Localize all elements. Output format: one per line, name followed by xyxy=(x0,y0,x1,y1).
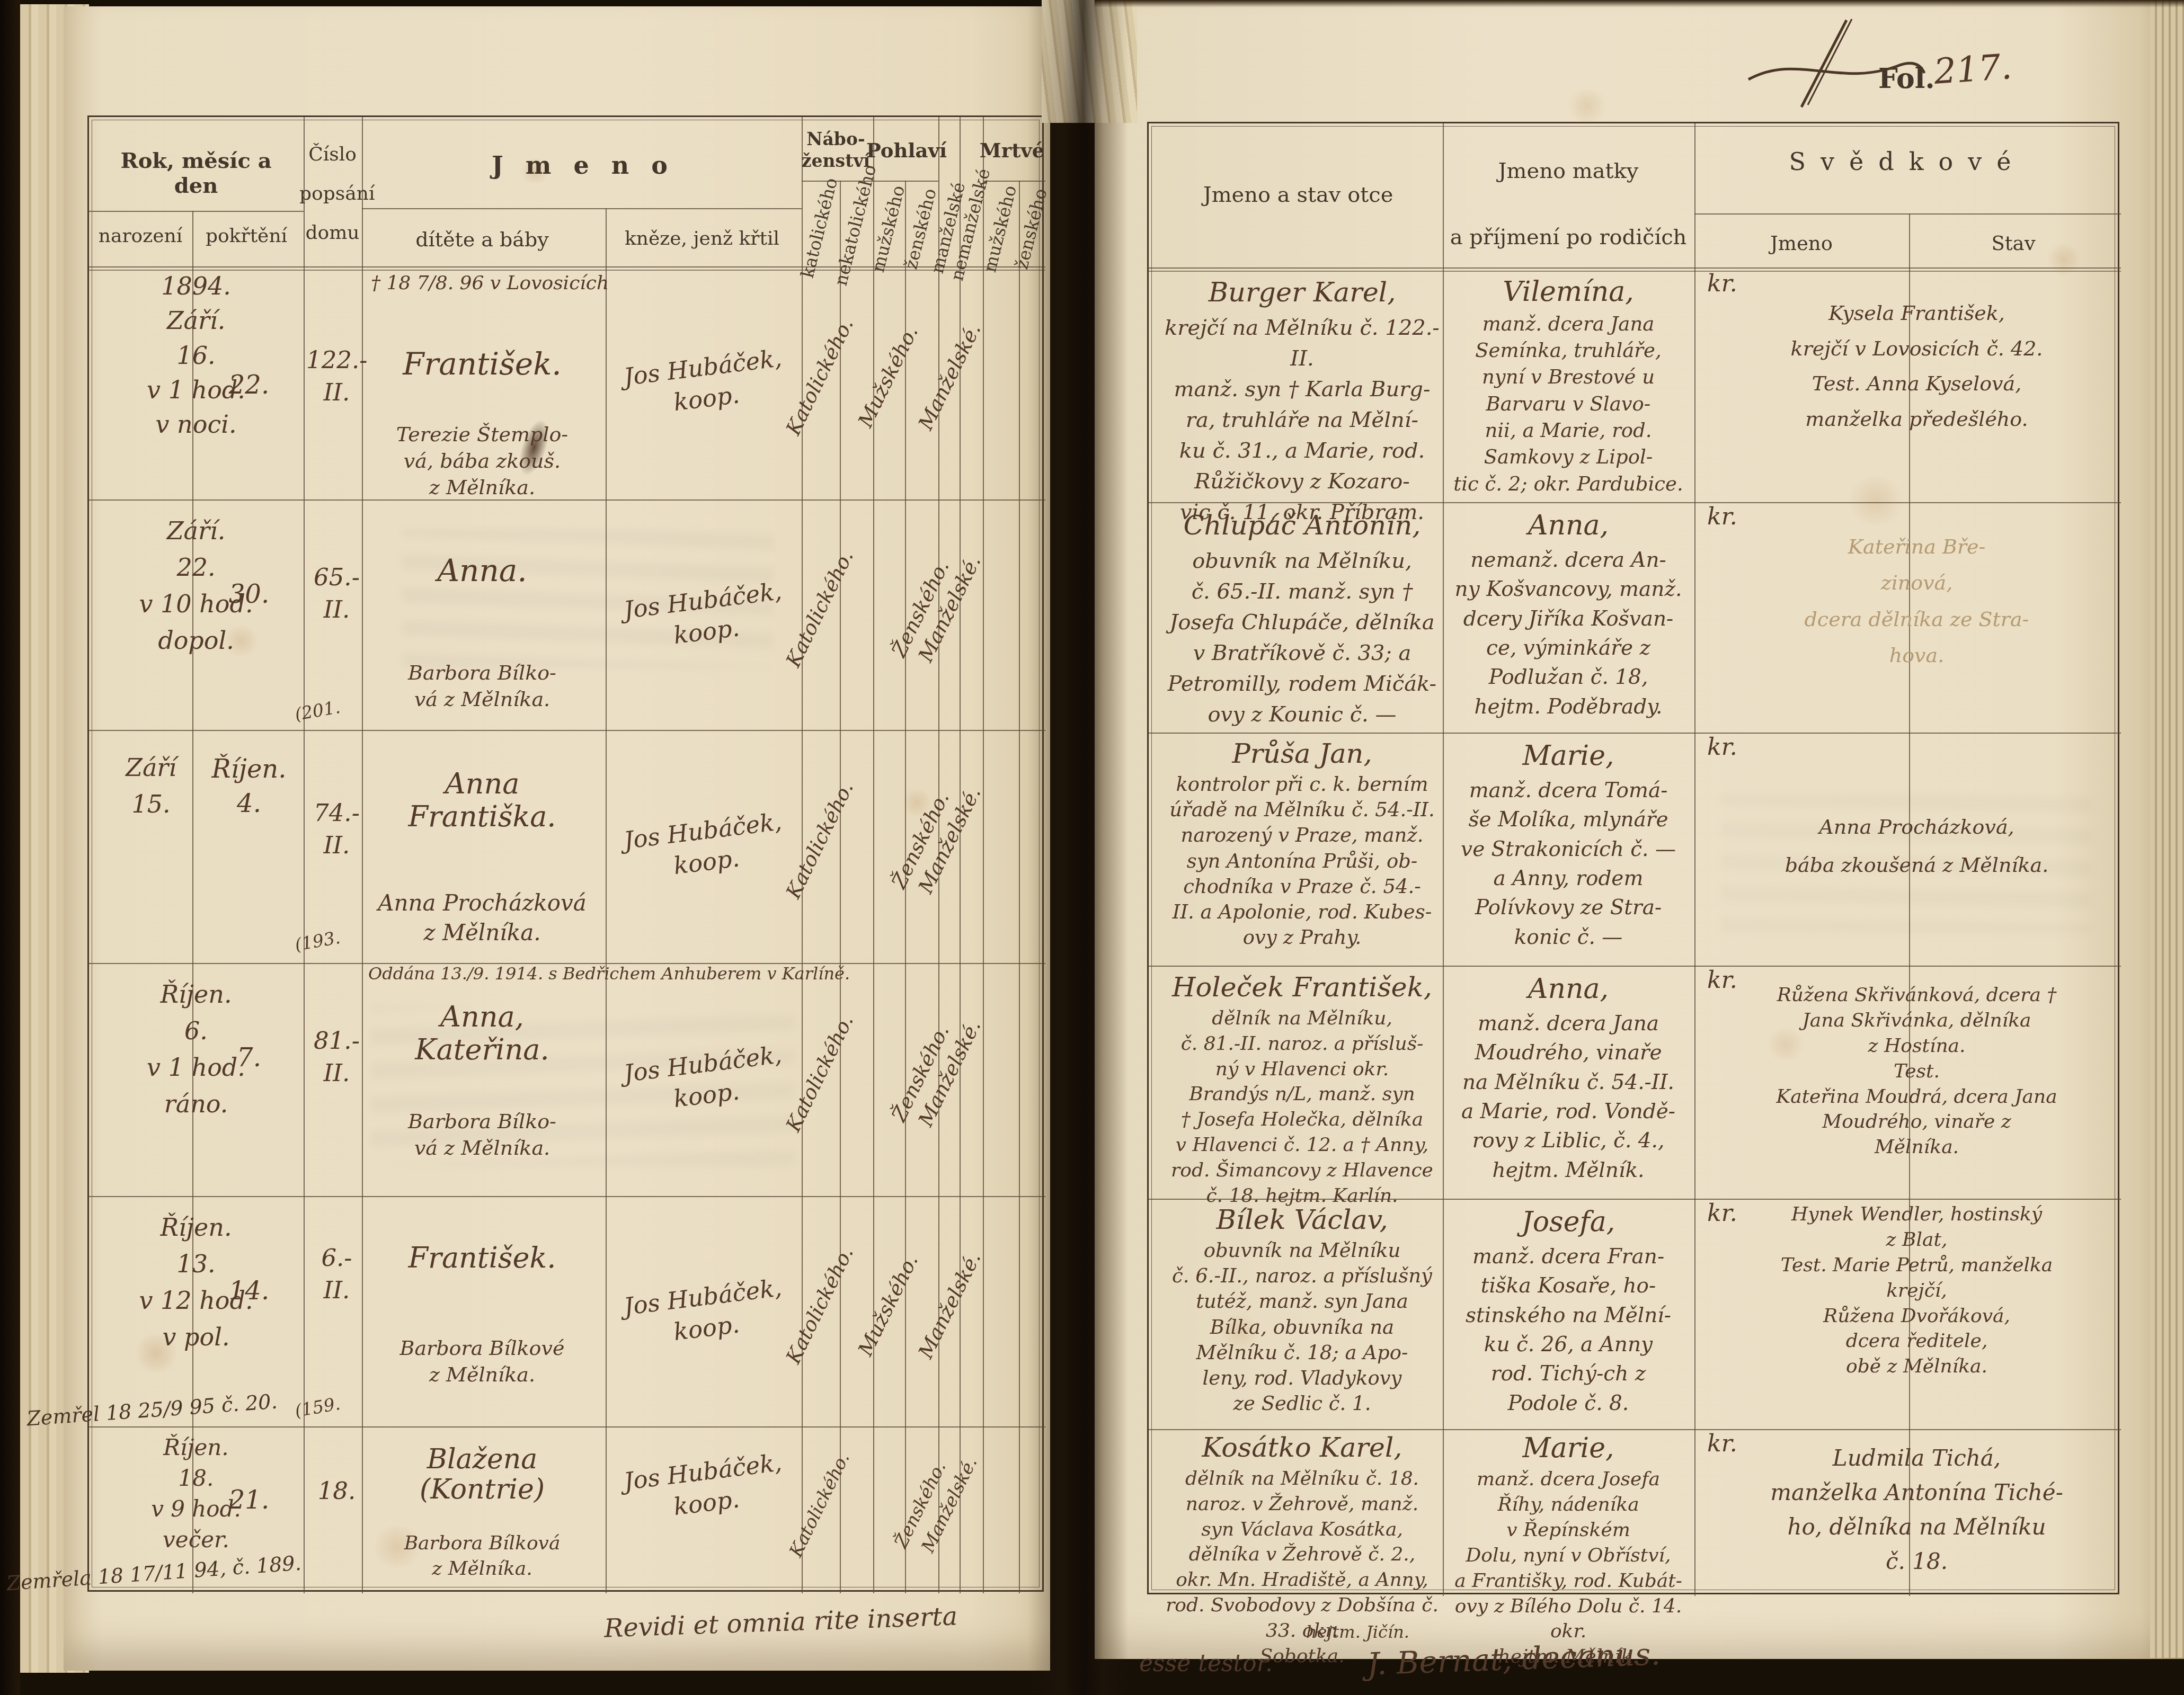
house-number: 122.- II. xyxy=(306,344,367,409)
baptism-date: 14. xyxy=(204,1274,294,1308)
father-entry: Bílek Václav, obuvník na Mělníku č. 6.-I… xyxy=(1158,1203,1446,1416)
header-jmeno: Jmeno xyxy=(381,151,800,180)
midwife-name: Barbora Bílko- vá z Mělníka. xyxy=(366,1108,599,1161)
header-kneze-jenz-krtil: kněze, jenž křtil xyxy=(601,228,803,249)
mother-entry: Marie, manž. dcera Tomá- še Molíka, mlyn… xyxy=(1449,737,1688,952)
book-gutter-shadow xyxy=(1028,0,1129,1695)
header-rok-mesic-den: Rok, měsíc a den xyxy=(98,148,294,198)
child-name: Anna Františka. xyxy=(366,768,599,833)
marriage-margin-note: Oddána 13./9. 1914. s Bedřichem Anhubere… xyxy=(368,964,856,984)
district-note: hejtm. Jičín. xyxy=(1306,1622,1409,1642)
header-pokrteni: pokřtění xyxy=(196,225,297,247)
house-number: 81.- II. xyxy=(306,1025,367,1090)
baptism-date: 22. xyxy=(204,368,294,403)
header-svedek-jmeno: Jmeno xyxy=(1738,232,1865,255)
grid-line xyxy=(873,181,938,182)
child-name-group: František. Barbora Bílkové z Mělníka. xyxy=(366,1232,599,1398)
header-jmeno-matky-1: Jmeno matky xyxy=(1452,159,1685,183)
child-name-group: František. Terezie Štemplo- vá, bába zko… xyxy=(366,336,599,511)
witnesses-entry: Hynek Wendler, hostinský z Blat, Test. M… xyxy=(1714,1202,2119,1379)
father-entry: Průša Jan, kontrolor při c. k. berním úř… xyxy=(1158,737,1446,950)
witnesses-entry: Ludmila Tichá, manželka Antonína Tiché- … xyxy=(1714,1441,2119,1578)
witnesses-entry: Růžena Skřivánková, dcera † Jana Skřiván… xyxy=(1714,983,2119,1160)
child-name-group: Anna. Barbora Bílko- vá z Mělníka. xyxy=(366,543,599,722)
child-name-group: Anna Františka. Anna Procházková z Mělní… xyxy=(366,757,599,957)
foxing-spot xyxy=(1563,90,1611,122)
baptism-date: Říjen. 4. xyxy=(204,752,294,821)
header-svedkove: Svědkové xyxy=(1711,147,2103,176)
father-entry: Burger Karel, krejčí na Mělníku č. 122.-… xyxy=(1158,273,1446,528)
sex-entry: Mužského. xyxy=(854,322,922,431)
witnesses-entry: Kateřina Bře- zinová, dcera dělníka ze S… xyxy=(1714,529,2119,674)
grid-line xyxy=(89,211,304,212)
house-number: 18. xyxy=(306,1475,367,1507)
midwife-name: Barbora Bílko- vá z Mělníka. xyxy=(366,659,599,712)
child-name-group: Blažena (Kontrie) Barbora Bílková z Měln… xyxy=(366,1434,599,1591)
priest-name: Jos Hubáček, koop. xyxy=(606,804,803,889)
midwife-name: Terezie Štemplo- vá, bába zkouš. z Mělní… xyxy=(366,421,599,501)
house-number: 65.- II. xyxy=(306,561,367,626)
child-name-group: Anna, Kateřina. Barbora Bílko- vá z Měln… xyxy=(366,991,599,1172)
birth-date: Září 15. xyxy=(98,750,204,823)
mother-entry: Anna, manž. dcera Jana Moudrého, vinaře … xyxy=(1449,970,1688,1185)
child-name: Anna, Kateřina. xyxy=(366,1001,599,1066)
header-ditete-a-baby: dítěte a báby xyxy=(371,228,593,251)
legitimacy-entry: Manželské. xyxy=(913,1248,985,1362)
header-narozeni: narození xyxy=(93,225,188,247)
father-entry: Chlupáč Antonín, obuvník na Mělníku, č. … xyxy=(1158,506,1446,730)
child-name: Blažena (Kontrie) xyxy=(366,1444,599,1505)
death-margin-note: † 18 7/8. 96 v Lovosicích xyxy=(371,272,795,294)
child-name: František. xyxy=(366,346,599,382)
baptism-date: 7. xyxy=(204,1041,294,1075)
grid-line xyxy=(1694,213,2121,215)
death-margin-note: Zemřel 18 25/9 95 č. 20. xyxy=(26,1390,278,1431)
priest-name: Jos Hubáček, koop. xyxy=(606,1445,803,1530)
godparent-abbrev: kr. xyxy=(1707,734,1737,761)
header-cislo-domu: Číslo popsání domu xyxy=(299,135,366,252)
baptism-date: 21. xyxy=(204,1483,294,1518)
header-svedek-stav: Stav xyxy=(1955,232,2072,255)
priest-name: Jos Hubáček, koop. xyxy=(606,341,803,425)
priest-name: Jos Hubáček, koop. xyxy=(606,1270,803,1355)
legitimacy-entry: Manželské. xyxy=(913,320,985,434)
priest-name: Jos Hubáček, koop. xyxy=(606,574,803,658)
grid-line xyxy=(362,208,802,209)
father-entry: Holeček František, dělník na Mělníku, č.… xyxy=(1158,970,1446,1209)
house-number: 74.- II. xyxy=(306,797,367,862)
house-number-note: (193. xyxy=(293,927,342,955)
midwife-name: Barbora Bílkové z Mělníka. xyxy=(366,1335,599,1388)
mother-entry: Marie, manž. dcera Josefa Říhy, nádeníka… xyxy=(1449,1430,1688,1670)
mother-entry: Josefa, manž. dcera Fran- tiška Kosaře, … xyxy=(1449,1203,1688,1418)
midwife-name: Barbora Bílková z Mělníka. xyxy=(366,1531,599,1581)
child-name: František. xyxy=(366,1242,599,1274)
child-name: Anna. xyxy=(366,553,599,588)
house-number: 6.- II. xyxy=(306,1242,367,1307)
godparent-abbrev: kr. xyxy=(1707,503,1737,530)
house-number-note: (159. xyxy=(293,1393,342,1421)
pen-flourish-icon xyxy=(1738,16,1960,111)
godparent-abbrev: kr. xyxy=(1707,270,1737,297)
baptism-date: 30. xyxy=(204,577,294,612)
priest-name: Jos Hubáček, koop. xyxy=(606,1037,803,1122)
mother-entry: Vilemína, manž. dcera Jana Semínka, truh… xyxy=(1449,273,1688,497)
house-number-note: (201. xyxy=(293,697,342,725)
midwife-name: Anna Procházková z Mělníka. xyxy=(366,888,599,947)
header-pohlavi: Pohlaví xyxy=(866,139,940,162)
book-top-edge xyxy=(1095,0,2184,7)
header-jmeno-a-stav-otce: Jmeno a stav otce xyxy=(1160,183,1436,207)
death-margin-note: Zemřela 18 17/11 94, č. 189. xyxy=(6,1551,302,1595)
revision-note-continuation: esse testor. xyxy=(1139,1650,1273,1677)
witnesses-entry: Anna Procházková, bába zkoušená z Mělník… xyxy=(1714,808,2119,884)
sex-entry: Mužského. xyxy=(854,1251,922,1360)
mother-entry: Anna, nemanž. dcera An- ny Košvancovy, m… xyxy=(1449,506,1688,721)
witnesses-entry: Kysela František, krejčí v Lovosicích č.… xyxy=(1714,296,2119,436)
birth-date: 1894. Září. 16. v 1 hod. v noci. xyxy=(98,269,294,442)
header-jmeno-matky-2: a příjmení po rodičích xyxy=(1441,225,1695,249)
